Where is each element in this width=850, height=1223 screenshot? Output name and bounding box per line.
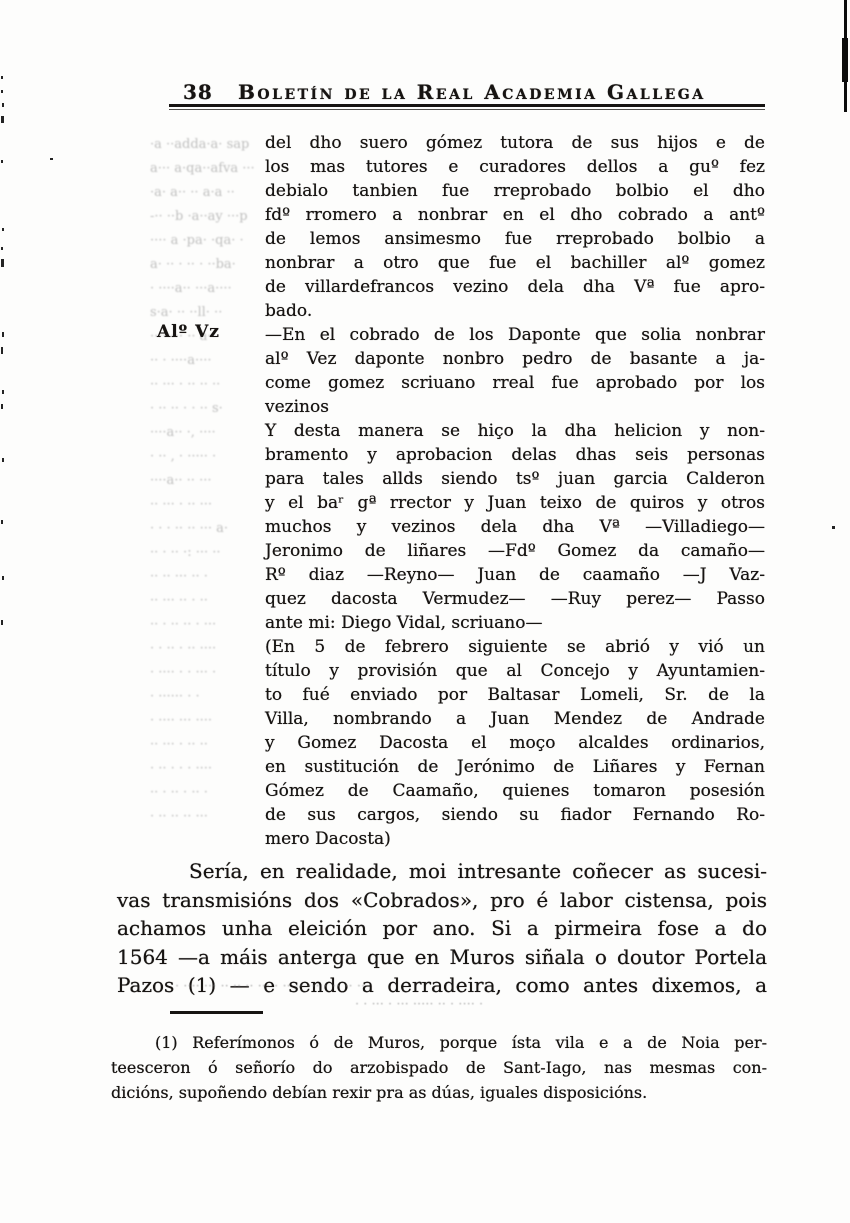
transcription-line: Y desta manera se hiço la dha helicion y… — [265, 419, 765, 443]
ghost-text-column: ·a ··adda·a· sap a··· a·qa··afva ··· ·a·… — [150, 133, 260, 829]
transcription-line: alº Vez daponte nonbro pedro de basante … — [265, 347, 765, 371]
body-paragraph-line: vas transmisións dos «Cobrados», pro é l… — [117, 886, 767, 915]
transcription-line: para tales allds siendo tsº juan garcia … — [265, 467, 765, 491]
footnote-line: dicións, supoñendo debían rexir pra as d… — [111, 1080, 767, 1105]
ghost-text: · ·· · · · ···· — [150, 757, 260, 781]
ghost-text: · ···· ··· ·· ·· ·· ··· · ·· ·· ··· · ··… — [175, 979, 605, 994]
transcription-line: debialo tanbien fue rreprobado bolbio el… — [265, 179, 765, 203]
scan-speckle — [2, 458, 4, 462]
ghost-text: · · ·· · ·· ···· — [150, 637, 260, 661]
header-rule — [169, 104, 765, 107]
transcription-line: y el baʳ gª rrector y Juan teixo de quir… — [265, 491, 765, 515]
ghost-text: ···· a ·pa· ·qa· · — [150, 229, 260, 253]
body-paragraph-line: 1564 —a máis anterga que en Muros siñala… — [117, 943, 767, 972]
footnote-block: (1) Referímonos ó de Muros, porque ísta … — [111, 1030, 767, 1105]
footnote-separator-rule — [170, 1011, 263, 1014]
ghost-text: a··· a·qa··afva ··· — [150, 157, 260, 181]
transcription-line: vezinos — [265, 395, 765, 419]
ghost-text: ·a· a·· ·· a·a ·· — [150, 181, 260, 205]
ghost-text: ·· ··· ·· · ·· — [150, 589, 260, 613]
ghost-text: · · · ·· ·· ··· a· — [150, 517, 260, 541]
ghost-text: · ···· · · ··· · — [150, 661, 260, 685]
scan-speckle — [2, 332, 4, 337]
ghost-text: · ······ · · — [150, 685, 260, 709]
ghost-text: ····a·· ·, ···· — [150, 421, 260, 445]
transcription-line: ante mi: Diego Vidal, scriuano— — [265, 611, 765, 635]
transcription-line: y Gomez Dacosta el moço alcaldes ordinar… — [265, 731, 765, 755]
ghost-text: · · ··· · ··· ····· ·· · ···· · — [355, 997, 625, 1012]
right-edge-scan-artifact — [842, 38, 848, 82]
ghost-text: · ····a·· ···a···· — [150, 277, 260, 301]
footnote-line: teesceron ó señorío do arzobispado de Sa… — [111, 1055, 767, 1080]
ghost-text: ·a ··adda·a· sap — [150, 133, 260, 157]
ghost-text: ·· ··· · ·· ·· — [150, 733, 260, 757]
body-paragraph-line: achamos unha eleición por ano. Si a pirm… — [117, 914, 767, 943]
transcription-line: to fué enviado por Baltasar Lomeli, Sr. … — [265, 683, 765, 707]
ghost-text: ·· · ·· · ·· · — [150, 781, 260, 805]
ghost-text: a· ·· · ·· · ··ba· — [150, 253, 260, 277]
transcription-line: en sustitución de Jerónimo de Liñares y … — [265, 755, 765, 779]
page-number: 38 — [183, 80, 213, 104]
ghost-text: ·· ··· · ·· ·· ·· — [150, 373, 260, 397]
ghost-text: · ·· , · ····· · — [150, 445, 260, 469]
ghost-text: · ···· ··· ···· — [150, 709, 260, 733]
scan-speckle — [1, 620, 3, 625]
scan-speckle — [1, 76, 3, 79]
transcription-line: nonbrar a otro que fue el bachiller alº … — [265, 251, 765, 275]
transcription-line: quez dacosta Vermudez— —Ruy perez— Passo — [265, 587, 765, 611]
scan-speckle — [1, 247, 3, 250]
scan-speckle — [1, 90, 3, 93]
ghost-text: ·· ··· · ·· ··· — [150, 493, 260, 517]
ghost-text: ·· · ·· ·: ··· ·· — [150, 541, 260, 565]
scan-speckle — [1, 404, 3, 409]
transcription-line: bramento y aprobacion delas dhas seis pe… — [265, 443, 765, 467]
scan-speckle — [1, 116, 4, 123]
transcription-line: bado. — [265, 299, 765, 323]
body-paragraph-line: Sería, en realidade, moi intresante coñe… — [117, 857, 767, 886]
transcription-line: muchos y vezinos dela dha Vª —Villadiego… — [265, 515, 765, 539]
scan-speckle — [1, 160, 3, 163]
scan-speckle — [832, 526, 835, 529]
scan-speckle — [1, 347, 3, 354]
transcription-line: de villardefrancos vezino dela dha Vª fu… — [265, 275, 765, 299]
marginal-note: Alº Vz — [157, 322, 220, 342]
transcription-line: los mas tutores e curadores dellos a guº… — [265, 155, 765, 179]
journal-header-title: Boletín de la Real Academia Gallega — [238, 80, 690, 104]
scan-speckle — [50, 158, 53, 160]
ghost-text: · ·· ·· · · ·· s· — [150, 397, 260, 421]
scan-speckle — [2, 576, 4, 580]
transcription-line: título y provisión que al Concejo y Ayun… — [265, 659, 765, 683]
transcription-line: —En el cobrado de los Daponte que solia … — [265, 323, 765, 347]
transcription-line: mero Dacosta) — [265, 827, 765, 851]
ghost-text: -·· ··b ·a··ay ···p — [150, 205, 260, 229]
scan-speckle — [2, 390, 4, 394]
transcription-line: de sus cargos, siendo su fiador Fernando… — [265, 803, 765, 827]
scan-speckle — [1, 259, 4, 267]
scanned-book-page: 38 Boletín de la Real Academia Gallega ·… — [0, 0, 850, 1223]
transcription-line: (En 5 de febrero siguiente se abrió y vi… — [265, 635, 765, 659]
transcription-line: Villa, nombrando a Juan Mendez de Andrad… — [265, 707, 765, 731]
transcription-block: del dho suero gómez tutora de sus hijos … — [265, 131, 765, 851]
ghost-text: ·· · ····a···· — [150, 349, 260, 373]
scan-speckle — [2, 228, 4, 231]
transcription-line: Jeronimo de liñares —Fdº Gomez da camaño… — [265, 539, 765, 563]
ghost-text: · ·· ·· ·· ··· — [150, 805, 260, 829]
ghost-text: ·· ·· ··· ·· · — [150, 565, 260, 589]
transcription-line: del dho suero gómez tutora de sus hijos … — [265, 131, 765, 155]
transcription-line: fdº rromero a nonbrar en el dho cobrado … — [265, 203, 765, 227]
scan-speckle — [1, 520, 3, 524]
footnote-line: (1) Referímonos ó de Muros, porque ísta … — [111, 1030, 767, 1055]
transcription-line: Gómez de Caamaño, quienes tomaron posesi… — [265, 779, 765, 803]
ghost-text: ·· · ·· ·· · ··· — [150, 613, 260, 637]
transcription-line: de lemos ansimesmo fue rreprobado bolbio… — [265, 227, 765, 251]
scan-speckle — [2, 103, 4, 107]
transcription-line: Rº diaz —Reyno— Juan de caamaño —J Vaz- — [265, 563, 765, 587]
transcription-line: come gomez scriuano rreal fue aprobado p… — [265, 371, 765, 395]
ghost-text: ····a·· ·· ··· — [150, 469, 260, 493]
header-rule-thin — [169, 109, 765, 110]
